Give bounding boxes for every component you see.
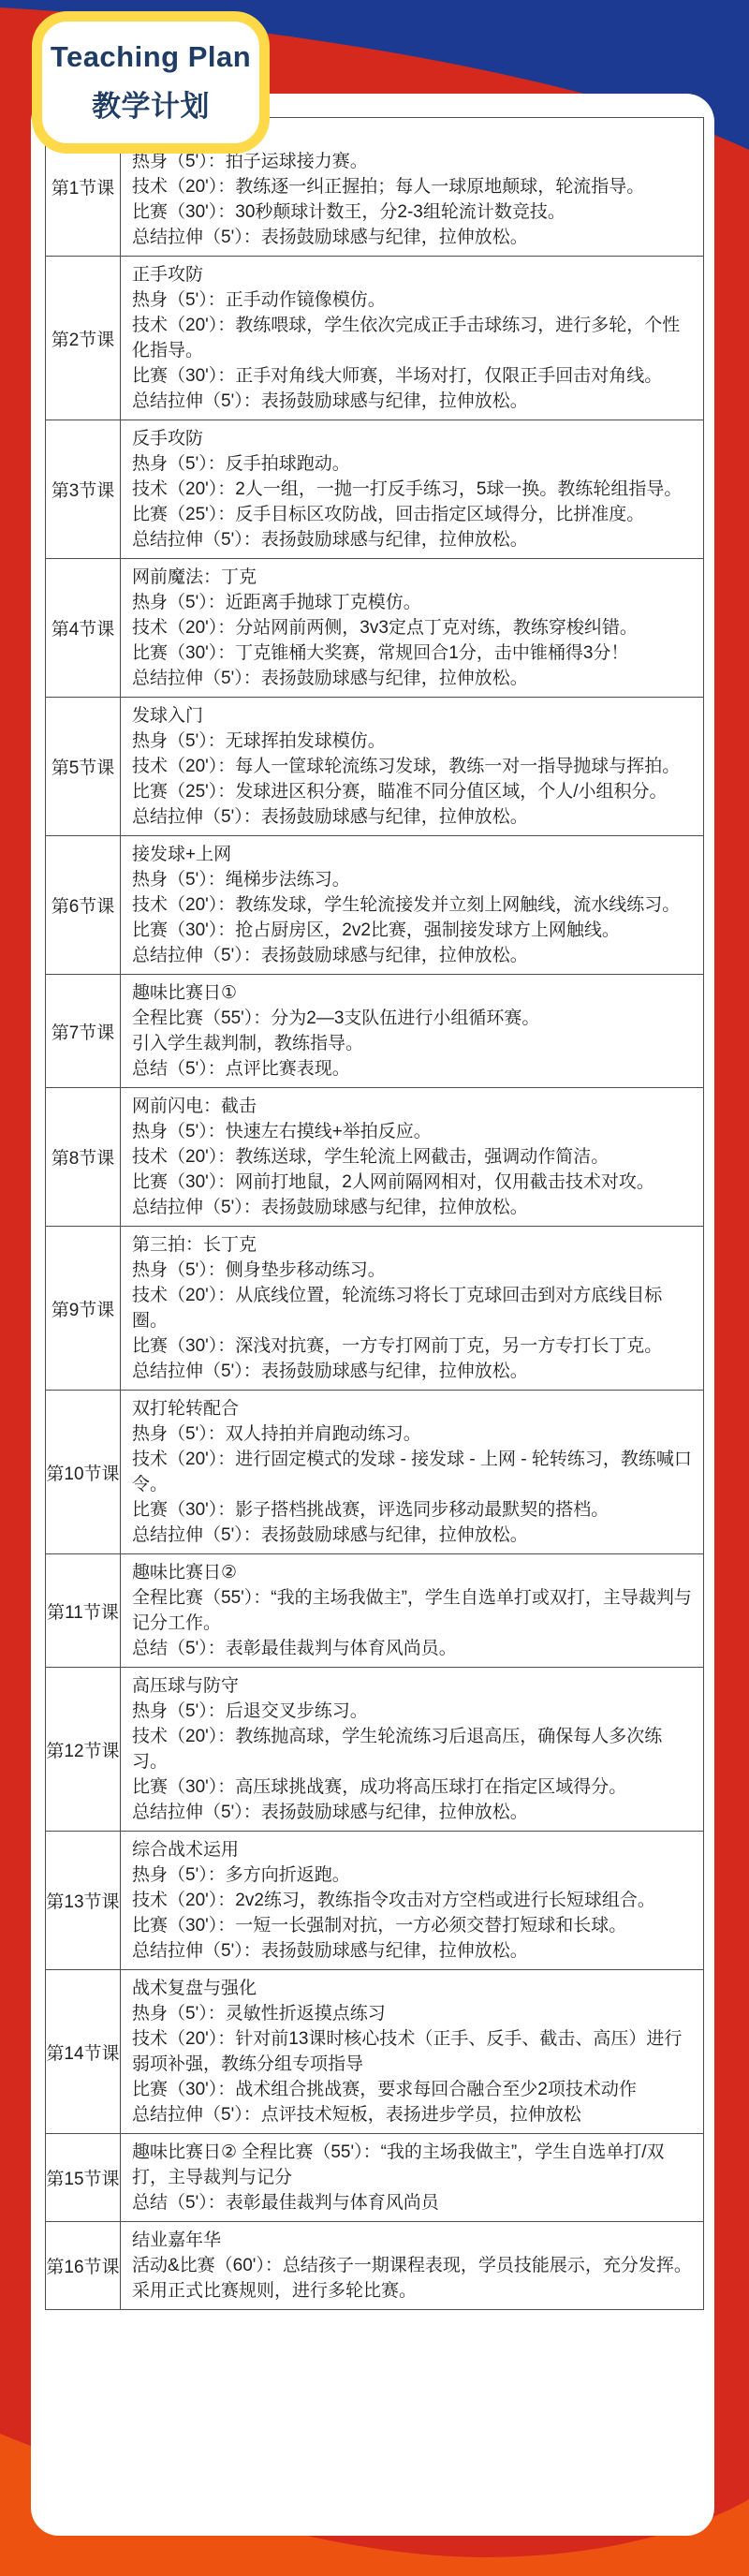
lesson-content: 反手攻防热身（5'）：反手拍球跑动。技术（20'）：2人一组，一抛一打反手练习，… <box>121 420 703 558</box>
table-row: 第3节课反手攻防热身（5'）：反手拍球跑动。技术（20'）：2人一组，一抛一打反… <box>46 420 703 558</box>
content-line: 引入学生裁判制，教练指导。 <box>132 1031 692 1056</box>
lesson-content: 综合战术运用热身（5'）：多方向折返跑。技术（20'）：2v2练习，教练指令攻击… <box>121 1832 703 1969</box>
lesson-content: 网前魔法：丁克热身（5'）：近距离手抛球丁克模仿。技术（20'）：分站网前两侧，… <box>121 559 703 697</box>
content-line: 比赛（30'）：网前打地鼠，2人网前隔网相对，仅用截击技术对攻。 <box>132 1170 692 1195</box>
content-line: 技术（20'）：教练抛高球，学生轮流练习后退高压，确保每人多次练习。 <box>132 1724 692 1774</box>
content-line: 总结拉伸（5'）：表扬鼓励球感与纪律，拉伸放松。 <box>132 1523 692 1548</box>
content-line: 技术（20'）：教练喂球，学生依次完成正手击球练习，进行多轮，个性化指导。 <box>132 313 692 363</box>
content-line: 第三拍：长丁克 <box>132 1232 692 1258</box>
table-row: 第10节课双打轮转配合热身（5'）：双人持拍并肩跑动练习。技术（20'）：进行固… <box>46 1390 703 1553</box>
content-line: 热身（5'）：侧身垫步移动练习。 <box>132 1258 692 1283</box>
content-line: 综合战术运用 <box>132 1837 692 1862</box>
content-line: 总结（5'）：表彰最佳裁判与体育风尚员。 <box>132 1636 692 1661</box>
content-line: 比赛（30'）：丁克锥桶大奖赛，常规回合1分，击中锥桶得3分！ <box>132 640 692 666</box>
content-line: 总结拉伸（5'）：表扬鼓励球感与纪律，拉伸放松。 <box>132 527 692 552</box>
content-line: 总结拉伸（5'）：表扬鼓励球感与纪律，拉伸放松。 <box>132 804 692 830</box>
content-line: 比赛（30'）：正手对角线大师赛，半场对打，仅限正手回击对角线。 <box>132 363 692 389</box>
content-line: 网前魔法：丁克 <box>132 565 692 590</box>
content-line: 总结拉伸（5'）：点评技术短板，表扬进步学员，拉伸放松 <box>132 2102 692 2127</box>
content-line: 反手攻防 <box>132 426 692 451</box>
lesson-number: 第16节课 <box>46 2222 121 2309</box>
lesson-content: 正手攻防热身（5'）：正手动作镜像模仿。技术（20'）：教练喂球，学生依次完成正… <box>121 257 703 420</box>
content-line: 比赛（30'）：深浅对抗赛，一方专打网前丁克，另一方专打长丁克。 <box>132 1333 692 1359</box>
table-row: 第7节课趣味比赛日①全程比赛（55'）：分为2—3支队伍进行小组循环赛。引入学生… <box>46 974 703 1087</box>
table-row: 第9节课第三拍：长丁克热身（5'）：侧身垫步移动练习。技术（20'）：从底线位置… <box>46 1226 703 1390</box>
content-line: 比赛（30'）：战术组合挑战赛，要求每回合融合至少2项技术动作 <box>132 2077 692 2102</box>
content-line: 全程比赛（55'）：分为2—3支队伍进行小组循环赛。 <box>132 1006 692 1031</box>
table-row: 第13节课综合战术运用热身（5'）：多方向折返跑。技术（20'）：2v2练习，教… <box>46 1831 703 1969</box>
content-line: 热身（5'）：快速左右摸线+举拍反应。 <box>132 1119 692 1144</box>
content-line: 热身（5'）：反手拍球跑动。 <box>132 451 692 477</box>
lesson-number: 第5节课 <box>46 698 121 835</box>
lesson-content: 趣味比赛日①全程比赛（55'）：分为2—3支队伍进行小组循环赛。引入学生裁判制，… <box>121 975 703 1087</box>
content-line: 技术（20'）：教练发球，学生轮流接发并立刻上网触线，流水线练习。 <box>132 892 692 918</box>
content-line: 热身（5'）：无球挥拍发球模仿。 <box>132 729 692 754</box>
content-line: 高压球与防守 <box>132 1673 692 1699</box>
content-line: 总结拉伸（5'）：表扬鼓励球感与纪律，拉伸放松。 <box>132 1800 692 1825</box>
lesson-number: 第8节课 <box>46 1088 121 1226</box>
table-row: 第11节课趣味比赛日②全程比赛（55'）：“我的主场我做主”，学生自选单打或双打… <box>46 1553 703 1667</box>
content-line: 发球入门 <box>132 703 692 729</box>
lesson-number: 第13节课 <box>46 1832 121 1969</box>
content-line: 接发球+上网 <box>132 842 692 867</box>
content-line: 技术（20'）：进行固定模式的发球 - 接发球 - 上网 - 轮转练习，教练喊口… <box>132 1447 692 1497</box>
content-line: 比赛（30'）：抢占厨房区，2v2比赛，强制接发球方上网触线。 <box>132 918 692 943</box>
lesson-content: 战术复盘与强化热身（5'）：灵敏性折返摸点练习技术（20'）：针对前13课时核心… <box>121 1970 703 2133</box>
content-line: 热身（5'）：双人持拍并肩跑动练习。 <box>132 1421 692 1447</box>
content-line: 技术（20'）：2人一组，一抛一打反手练习，5球一换。教练轮组指导。 <box>132 477 692 502</box>
teaching-plan-page: 第1节课快乐初体验热身（5'）：拍子运球接力赛。技术（20'）：教练逐一纠正握拍… <box>0 0 749 2576</box>
content-line: 技术（20'）：教练逐一纠正握拍；每人一球原地颠球，轮流指导。 <box>132 174 692 199</box>
title-box: Teaching Plan 教学计划 <box>32 11 270 154</box>
content-line: 技术（20'）：分站网前两侧，3v3定点丁克对练，教练穿梭纠错。 <box>132 615 692 640</box>
content-line: 技术（20'）：针对前13课时核心技术（正手、反手、截击、高压）进行弱项补强，教… <box>132 2026 692 2077</box>
lesson-number: 第6节课 <box>46 836 121 974</box>
table-row: 第14节课战术复盘与强化热身（5'）：灵敏性折返摸点练习技术（20'）：针对前1… <box>46 1969 703 2133</box>
page-title-chinese: 教学计划 <box>92 82 210 125</box>
content-card: 第1节课快乐初体验热身（5'）：拍子运球接力赛。技术（20'）：教练逐一纠正握拍… <box>31 94 714 2536</box>
lesson-number: 第12节课 <box>46 1668 121 1831</box>
content-line: 热身（5'）：绳梯步法练习。 <box>132 867 692 892</box>
lesson-content: 趣味比赛日② 全程比赛（55'）：“我的主场我做主”，学生自选单打/双打，主导裁… <box>121 2134 703 2221</box>
lesson-number: 第14节课 <box>46 1970 121 2133</box>
lesson-number: 第11节课 <box>46 1554 121 1667</box>
lesson-number: 第7节课 <box>46 975 121 1087</box>
content-line: 全程比赛（55'）：“我的主场我做主”，学生自选单打或双打，主导裁判与记分工作。 <box>132 1585 692 1636</box>
content-line: 热身（5'）：多方向折返跑。 <box>132 1862 692 1888</box>
lesson-content: 接发球+上网热身（5'）：绳梯步法练习。技术（20'）：教练发球，学生轮流接发并… <box>121 836 703 974</box>
content-line: 趣味比赛日② <box>132 1560 692 1585</box>
content-line: 双打轮转配合 <box>132 1396 692 1421</box>
content-line: 热身（5'）：正手动作镜像模仿。 <box>132 287 692 313</box>
content-line: 技术（20'）：2v2练习，教练指令攻击对方空档或进行长短球组合。 <box>132 1888 692 1913</box>
lesson-content: 第三拍：长丁克热身（5'）：侧身垫步移动练习。技术（20'）：从底线位置，轮流练… <box>121 1227 703 1390</box>
lesson-number: 第3节课 <box>46 420 121 558</box>
content-line: 总结拉伸（5'）：表扬鼓励球感与纪律，拉伸放松。 <box>132 1938 692 1964</box>
content-line: 比赛（25'）：发球进区积分赛，瞄准不同分值区域，个人/小组积分。 <box>132 779 692 804</box>
content-line: 技术（20'）：教练送球，学生轮流上网截击，强调动作简洁。 <box>132 1144 692 1170</box>
lesson-number: 第9节课 <box>46 1227 121 1390</box>
content-line: 热身（5'）：灵敏性折返摸点练习 <box>132 2001 692 2026</box>
content-line: 总结拉伸（5'）：表扬鼓励球感与纪律，拉伸放松。 <box>132 1359 692 1384</box>
table-row: 第4节课网前魔法：丁克热身（5'）：近距离手抛球丁克模仿。技术（20'）：分站网… <box>46 558 703 697</box>
content-line: 活动&比赛（60'）：总结孩子一期课程表现，学员技能展示，充分发挥。采用正式比赛… <box>132 2253 692 2304</box>
content-line: 热身（5'）：近距离手抛球丁克模仿。 <box>132 590 692 615</box>
lesson-content: 趣味比赛日②全程比赛（55'）：“我的主场我做主”，学生自选单打或双打，主导裁判… <box>121 1554 703 1667</box>
content-line: 比赛（25'）：反手目标区攻防战，回击指定区域得分，比拼准度。 <box>132 502 692 527</box>
lesson-content: 网前闪电：截击热身（5'）：快速左右摸线+举拍反应。技术（20'）：教练送球，学… <box>121 1088 703 1226</box>
content-line: 技术（20'）：每人一筐球轮流练习发球，教练一对一指导抛球与挥拍。 <box>132 754 692 779</box>
lesson-number: 第4节课 <box>46 559 121 697</box>
table-row: 第5节课发球入门热身（5'）：无球挥拍发球模仿。技术（20'）：每人一筐球轮流练… <box>46 697 703 835</box>
lesson-number: 第10节课 <box>46 1391 121 1553</box>
page-title-english: Teaching Plan <box>51 40 251 74</box>
content-line: 热身（5'）：后退交叉步练习。 <box>132 1699 692 1724</box>
content-line: 总结（5'）：表彰最佳裁判与体育风尚员 <box>132 2190 692 2215</box>
lesson-content: 发球入门热身（5'）：无球挥拍发球模仿。技术（20'）：每人一筐球轮流练习发球，… <box>121 698 703 835</box>
content-line: 趣味比赛日① <box>132 980 692 1006</box>
content-line: 比赛（30'）：高压球挑战赛，成功将高压球打在指定区域得分。 <box>132 1774 692 1800</box>
lesson-number: 第2节课 <box>46 257 121 420</box>
lesson-number: 第15节课 <box>46 2134 121 2221</box>
content-line: 网前闪电：截击 <box>132 1094 692 1119</box>
lesson-content: 高压球与防守热身（5'）：后退交叉步练习。技术（20'）：教练抛高球，学生轮流练… <box>121 1668 703 1831</box>
table-row: 第8节课网前闪电：截击热身（5'）：快速左右摸线+举拍反应。技术（20'）：教练… <box>46 1087 703 1226</box>
content-line: 总结拉伸（5'）：表扬鼓励球感与纪律，拉伸放松。 <box>132 943 692 968</box>
table-row: 第15节课趣味比赛日② 全程比赛（55'）：“我的主场我做主”，学生自选单打/双… <box>46 2133 703 2221</box>
content-line: 战术复盘与强化 <box>132 1976 692 2001</box>
content-line: 趣味比赛日② 全程比赛（55'）：“我的主场我做主”，学生自选单打/双打，主导裁… <box>132 2140 692 2190</box>
content-line: 正手攻防 <box>132 262 692 287</box>
content-line: 总结（5'）：点评比赛表现。 <box>132 1056 692 1082</box>
content-line: 总结拉伸（5'）：表扬鼓励球感与纪律，拉伸放松。 <box>132 666 692 691</box>
lesson-content: 双打轮转配合热身（5'）：双人持拍并肩跑动练习。技术（20'）：进行固定模式的发… <box>121 1391 703 1553</box>
table-row: 第16节课结业嘉年华活动&比赛（60'）：总结孩子一期课程表现，学员技能展示，充… <box>46 2221 703 2309</box>
lesson-table: 第1节课快乐初体验热身（5'）：拍子运球接力赛。技术（20'）：教练逐一纠正握拍… <box>45 117 704 2310</box>
content-line: 比赛（30'）：影子搭档挑战赛，评选同步移动最默契的搭档。 <box>132 1497 692 1523</box>
content-line: 比赛（30'）：30秒颠球计数王，分2-3组轮流计数竞技。 <box>132 199 692 225</box>
content-line: 比赛（30'）：一短一长强制对抗，一方必须交替打短球和长球。 <box>132 1913 692 1938</box>
table-row: 第6节课接发球+上网热身（5'）：绳梯步法练习。技术（20'）：教练发球，学生轮… <box>46 835 703 974</box>
content-line: 总结拉伸（5'）：表扬鼓励球感与纪律，拉伸放松。 <box>132 389 692 414</box>
lesson-content: 结业嘉年华活动&比赛（60'）：总结孩子一期课程表现，学员技能展示，充分发挥。采… <box>121 2222 703 2309</box>
content-line: 总结拉伸（5'）：表扬鼓励球感与纪律，拉伸放松。 <box>132 225 692 250</box>
table-row: 第2节课正手攻防热身（5'）：正手动作镜像模仿。技术（20'）：教练喂球，学生依… <box>46 256 703 420</box>
content-line: 结业嘉年华 <box>132 2228 692 2253</box>
content-line: 总结拉伸（5'）：表扬鼓励球感与纪律，拉伸放松。 <box>132 1195 692 1220</box>
table-row: 第12节课高压球与防守热身（5'）：后退交叉步练习。技术（20'）：教练抛高球，… <box>46 1667 703 1831</box>
content-line: 技术（20'）：从底线位置，轮流练习将长丁克球回击到对方底线目标圈。 <box>132 1283 692 1333</box>
